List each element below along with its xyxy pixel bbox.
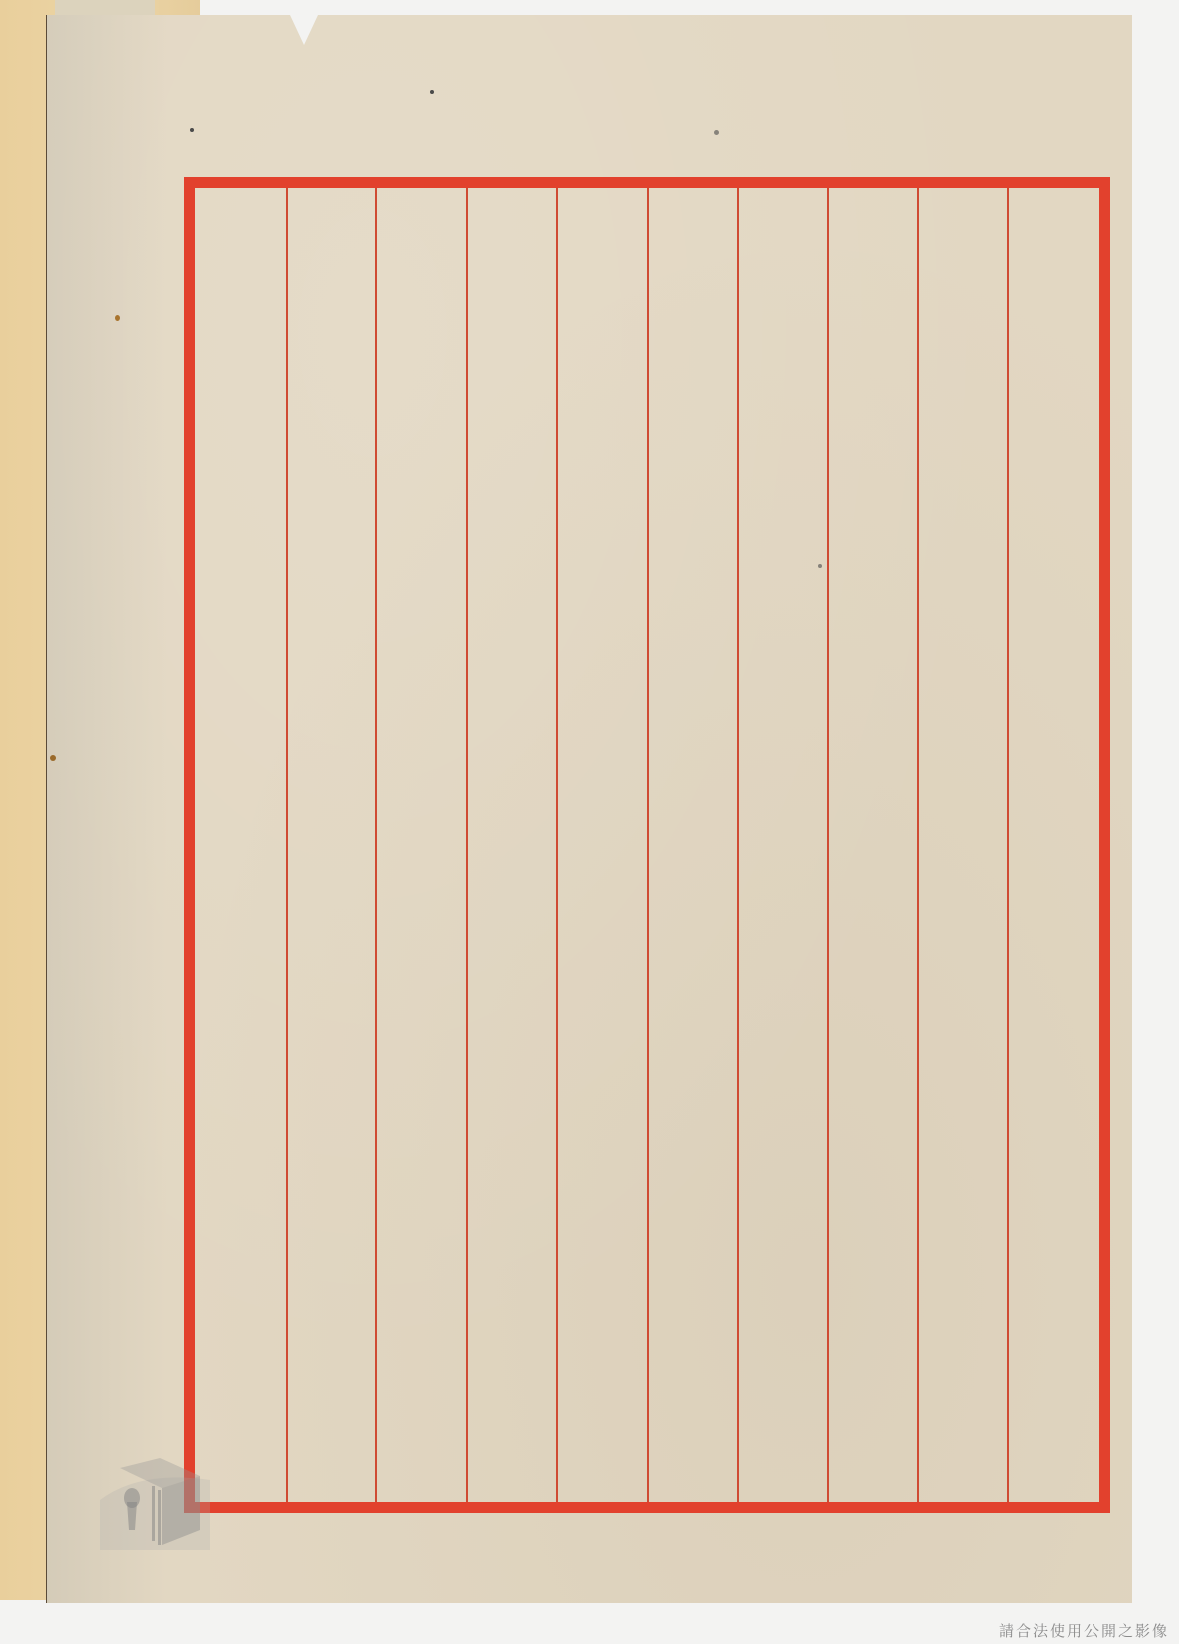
- paper-notch: [290, 15, 318, 45]
- column-line: [827, 188, 829, 1502]
- usage-notice: 請合法使用公開之影像: [999, 1620, 1169, 1641]
- ink-speck: [430, 90, 434, 94]
- underlying-sheet-edge: [55, 0, 155, 16]
- column-line: [737, 188, 739, 1502]
- column-line: [286, 188, 288, 1502]
- column-line: [917, 188, 919, 1502]
- column-line: [556, 188, 558, 1502]
- archive-keyhole-building-icon: [100, 1440, 210, 1550]
- ink-speck: [190, 128, 194, 132]
- ink-speck: [714, 130, 719, 135]
- column-line: [375, 188, 377, 1502]
- rust-stain: [115, 315, 120, 321]
- rust-stain: [50, 755, 56, 761]
- column-line: [1007, 188, 1009, 1502]
- binding-shade: [47, 15, 167, 1603]
- column-line: [647, 188, 649, 1502]
- column-line: [466, 188, 468, 1502]
